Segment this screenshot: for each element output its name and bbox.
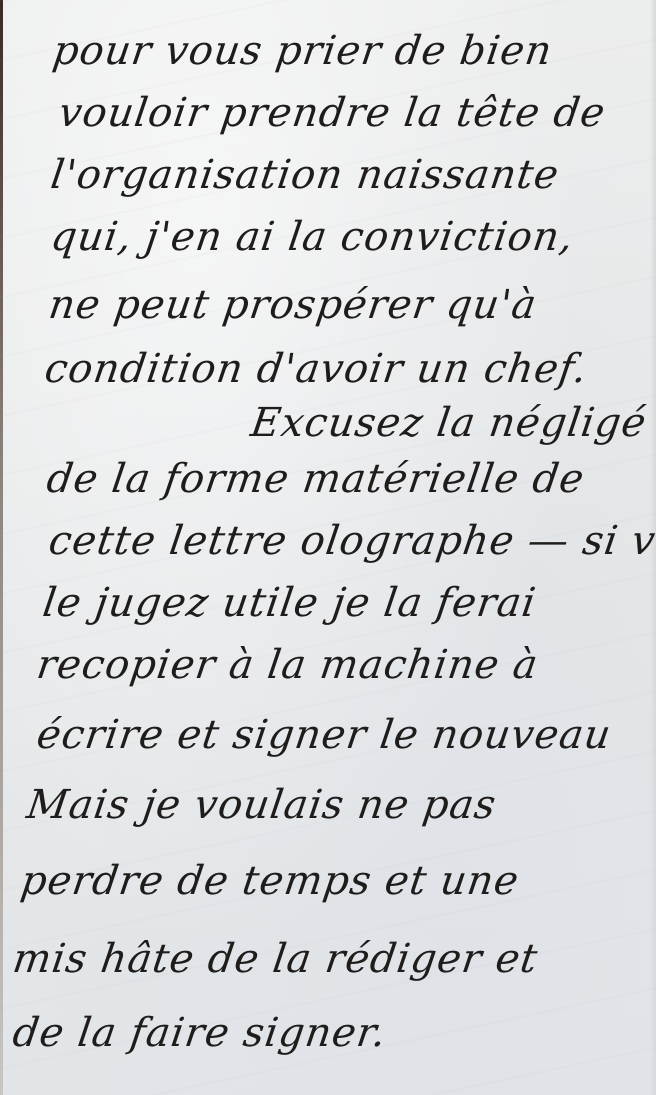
text-line: de la forme matérielle de <box>44 456 587 502</box>
text-line: Excusez la négligé <box>248 400 650 446</box>
text-line: écrire et signer le nouveau <box>34 712 614 758</box>
page-left-edge <box>0 0 3 1095</box>
text-line: condition d'avoir un chef. <box>42 346 590 392</box>
text-line: l'organisation naissante <box>48 152 562 198</box>
text-line: cette lettre olographe — si vous <box>46 518 656 564</box>
text-line: qui, j'en ai la conviction, <box>48 214 577 260</box>
text-line: ne peut prospérer qu'à <box>46 282 540 328</box>
text-line: Mais je voulais ne pas <box>24 782 499 828</box>
text-line: de la faire signer. <box>10 1010 390 1056</box>
letter-page: pour vous prier de bien vouloir prendre … <box>0 0 656 1095</box>
text-line: vouloir prendre la tête de <box>56 90 609 136</box>
text-line: recopier à la machine à <box>34 642 541 688</box>
text-line: mis hâte de la rédiger et <box>10 936 541 982</box>
text-line: pour vous prier de bien <box>50 28 555 74</box>
text-line: perdre de temps et une <box>18 858 522 904</box>
text-line: le jugez utile je la ferai <box>40 580 539 626</box>
